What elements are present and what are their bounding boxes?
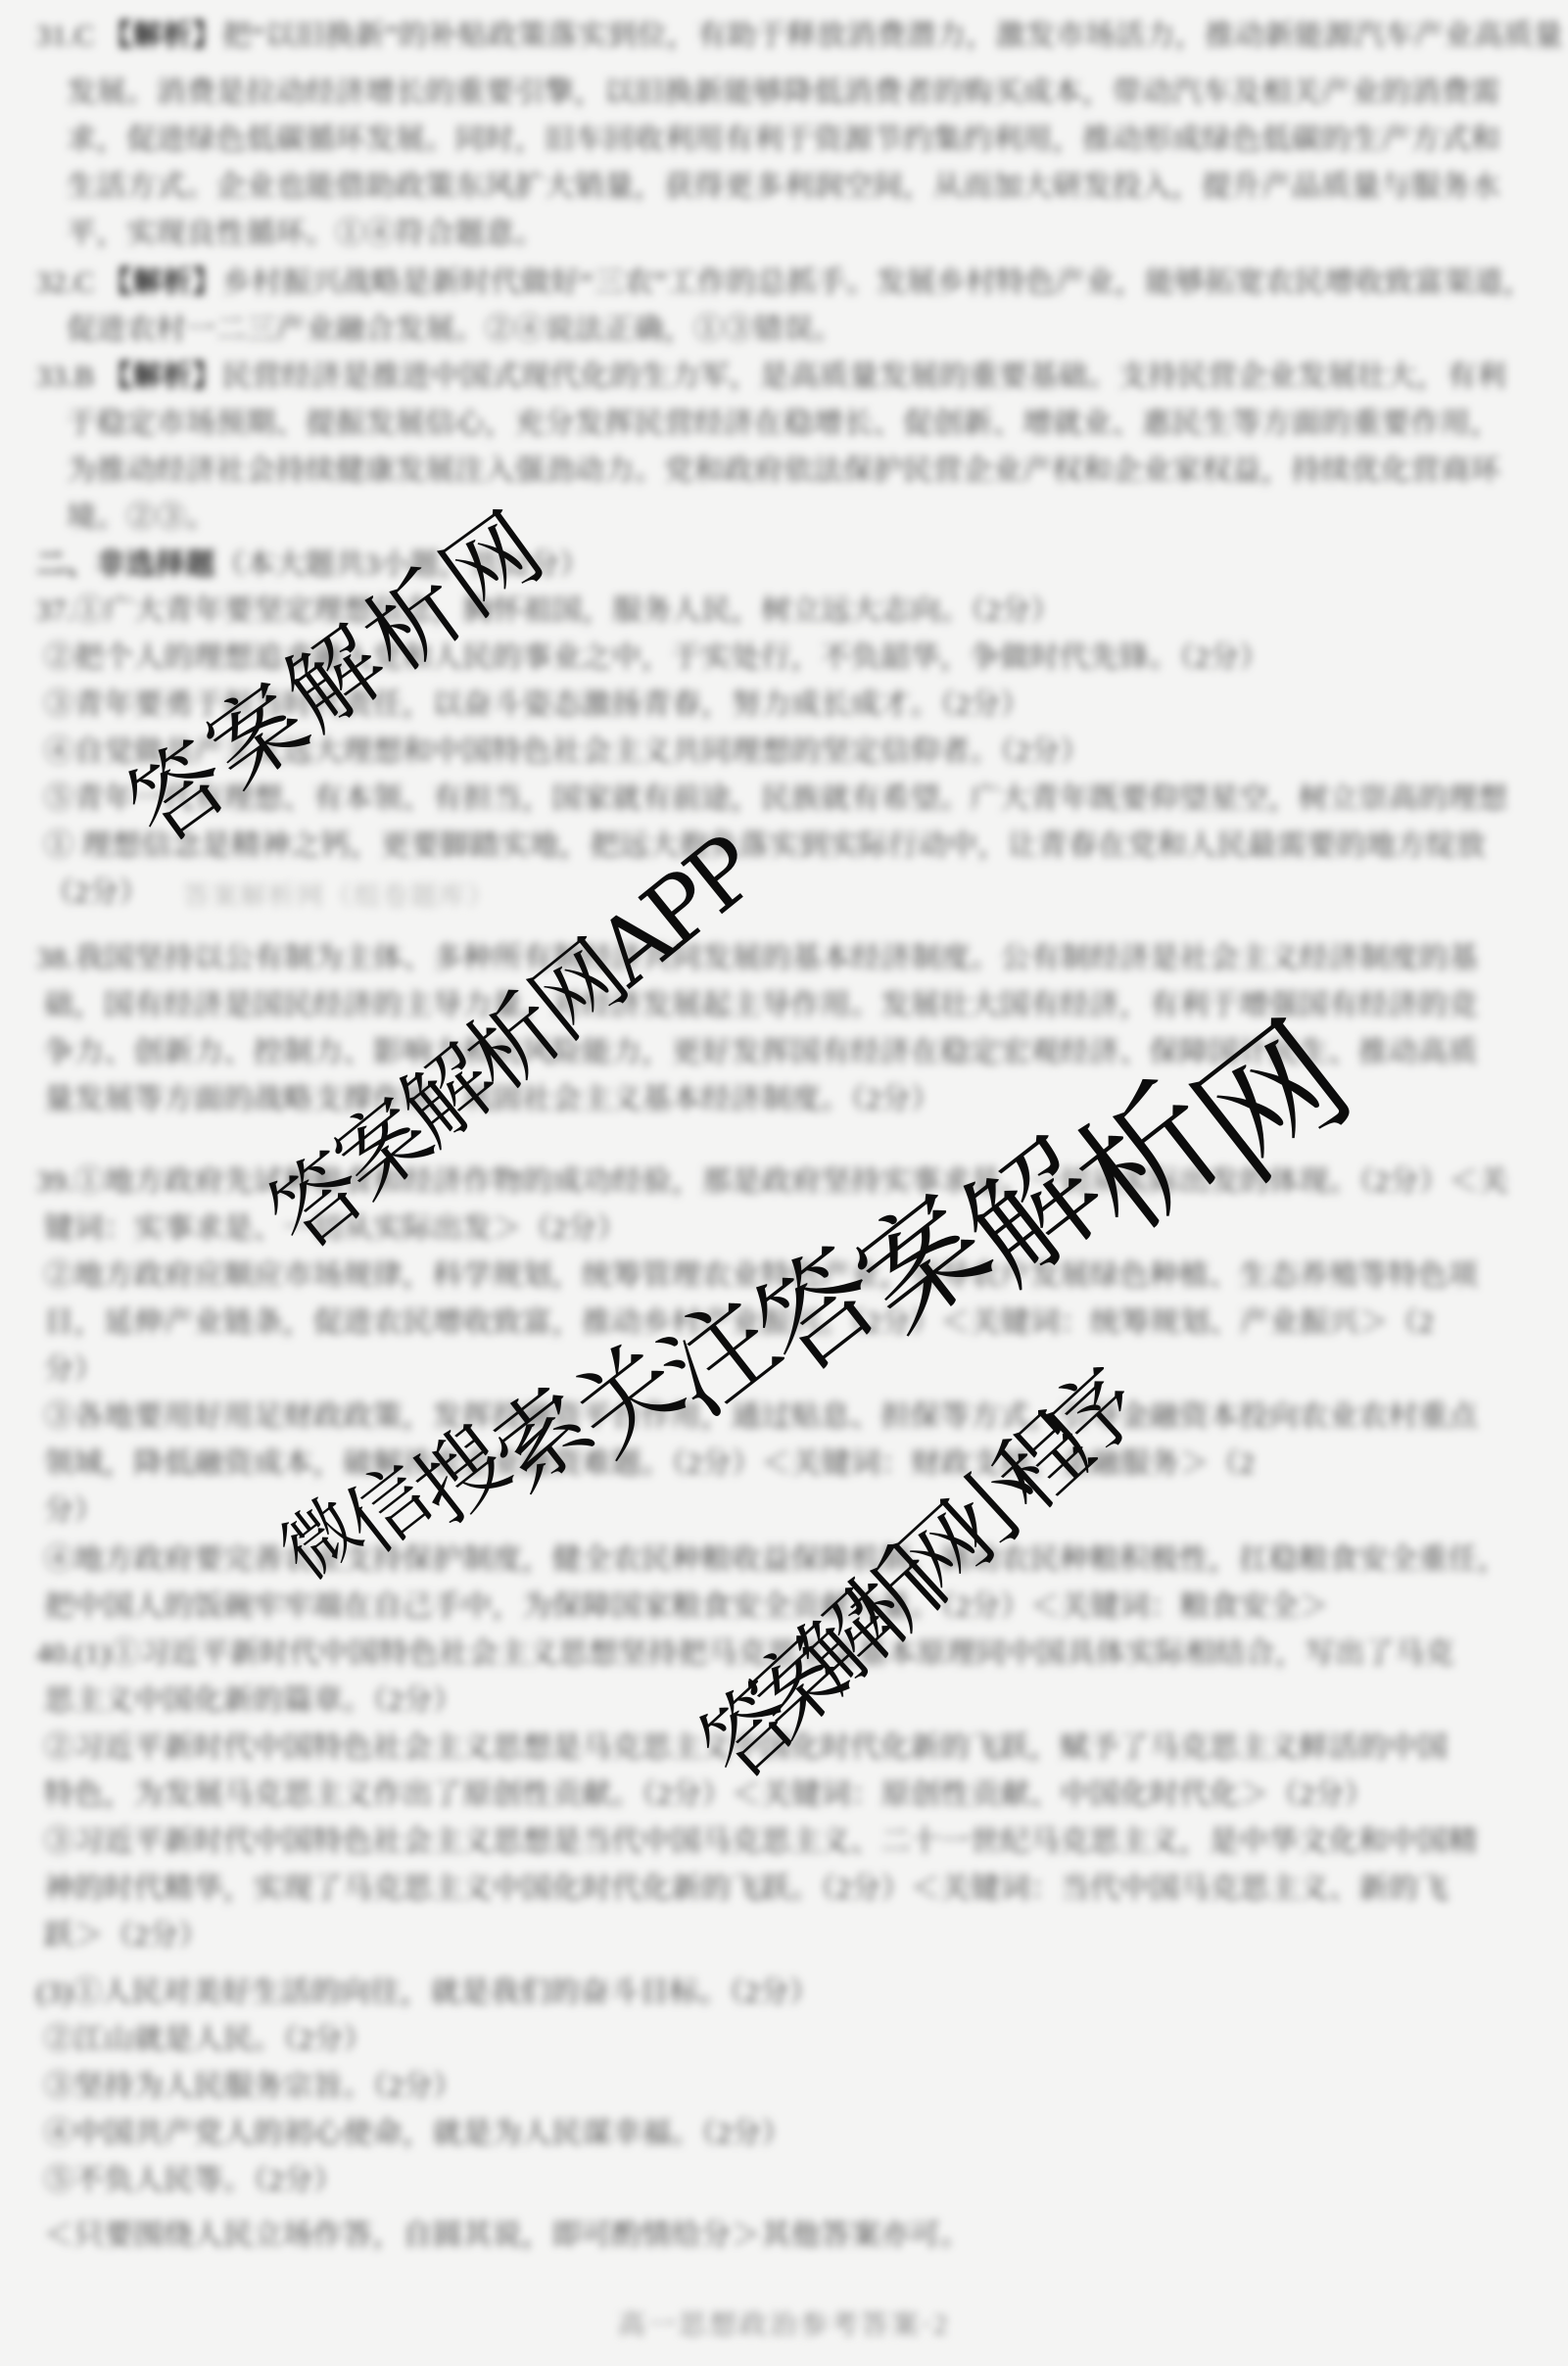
text-line: 31.C 【解析】把“以旧换新”的补贴政策落实到位，有助于释放消费潜力，激发市场…: [36, 20, 1563, 53]
text-line: 33.B 【解析】民营经济是推进中国式现代化的生力军，是高质量发展的重要基础。支…: [36, 360, 1506, 394]
text-line: ⑤不负人民等。（2分）: [44, 2164, 344, 2198]
text-line: ④地方政府要完善农业支持保护制度，健全农民种粮收益保障机制，调动农民种粮积极性，…: [44, 1543, 1508, 1577]
text-line: 思主义中国化新的篇章。（2分）: [44, 1684, 463, 1718]
text-line: 生活方式。企业也能借助政策东风扩大销量，获得更多利润空间，从而加大研发投入，提升…: [67, 170, 1500, 204]
text-line: 求，促进绿色低碳循环发展。同时，旧车回收利用有利于资源节约集约利用，推动形成绿色…: [67, 123, 1500, 157]
text-line: ① 理想信念是精神之钙，更要脚踏实地，把远大抱负落实到实际行动中，让青春在党和人…: [44, 829, 1486, 863]
text-line: （2分）: [44, 876, 149, 910]
text-line: ④中国共产党人的初心使命，就是为人民谋幸福。（2分）: [44, 2117, 791, 2151]
text-line: ＜只要围绕人民立场作答，自圆其说，即可酌情给分＞其他答案亦可。: [44, 2219, 971, 2252]
site-stamp: 答案解析网（组卷题库）: [183, 875, 496, 913]
text-line: 跃＞（2分）: [44, 1919, 209, 1953]
text-line: 发展。消费是拉动经济增长的重要引擎，以旧换新能够降低消费者的购买成本，带动汽车及…: [67, 76, 1500, 110]
text-line: 特色，为发展马克思主义作出了原创性贡献。（2分）＜关键词：原创性贡献、中国化时代…: [44, 1778, 1374, 1812]
text-line: 38.我国坚持以公有制为主体、多种所有制经济共同发展的基本经济制度。公有制经济是…: [36, 942, 1479, 975]
text-line: 促进农村一二三产业融合发展。②④说法正确，①③错误。: [67, 313, 843, 347]
scanned-answer-page: 答案解析网（组卷题库） 高一思想政治参考答案·2 31.C 【解析】把“以旧换新…: [0, 0, 1568, 2366]
document-body: 答案解析网（组卷题库） 高一思想政治参考答案·2 31.C 【解析】把“以旧换新…: [0, 0, 1568, 2366]
page-footer: 高一思想政治参考答案·2: [0, 2303, 1568, 2342]
text-line: 分）: [44, 1494, 104, 1528]
text-line: 分）: [44, 1353, 104, 1387]
text-line: 神的时代精华，实现了马克思主义中国化时代化新的飞跃。（2分）＜关键词：当代中国马…: [44, 1872, 1449, 1906]
text-line: 37.①广大青年要坚定理想信念，胸怀祖国，服务人民，树立远大志向。（2分）: [36, 594, 1061, 628]
text-line: 境。②③。: [67, 501, 216, 535]
text-line: ②江山就是人民。（2分）: [44, 2023, 373, 2057]
text-line: 于稳定市场预期、提振发展信心，充分发挥民营经济在稳增长、促创新、增就业、惠民生等…: [67, 407, 1500, 441]
text-line: ③坚持为人民服务宗旨。（2分）: [44, 2070, 463, 2104]
text-line: 平，实现良性循环。①④符合题意。: [67, 217, 545, 251]
text-line: (3)①人民对美好生活的向往，就是我们的奋斗目标。（2分）: [36, 1976, 819, 2010]
text-line: ③习近平新时代中国特色社会主义思想是当代中国马克思主义、二十一世纪马克思主义，是…: [44, 1825, 1478, 1859]
text-line: 把中国人的饭碗牢牢端在自己手中，为保障国家粮食安全贡献力量。（2分）＜关键词：粮…: [44, 1590, 1329, 1624]
text-line: 为推动经济社会持续健康发展注入强劲动力。党和政府依法保护民营企业产权和企业家权益…: [67, 454, 1500, 488]
text-line: 32.C 【解析】乡村振兴战略是新时代做好“三农”工作的总抓手。发展乡村特色产业…: [36, 266, 1534, 300]
